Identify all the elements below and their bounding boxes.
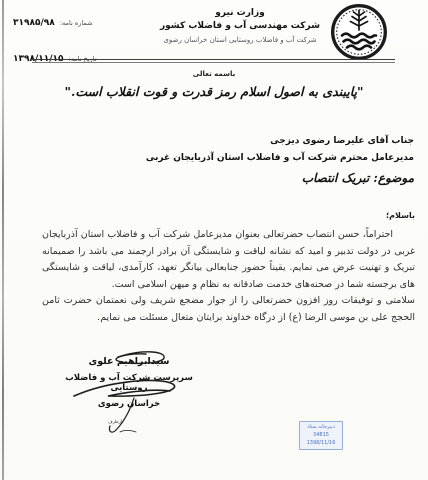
recipient-title: مدیرعامل محترم شرکت آب و فاضلاب استان آذ… <box>40 153 414 163</box>
letter-body: احتراماً، حسن انتصاب حضرتعالی بعنوان مدی… <box>42 227 415 326</box>
ministry-name: وزارت نیرو <box>150 8 330 18</box>
scanned-letter-page: شماره نامه: ۳۱۹۸۵/۹۸ تاریخ نامه: ۱۳۹۸/۱۱… <box>0 0 428 480</box>
body-paragraph-2: سلامتی و توفیقات روز افزون حضرتعالی را ا… <box>42 293 415 326</box>
secretariat-stamp: دبیرخانه ستاد 34815 1398/11/16 <box>299 421 343 450</box>
wheat-and-waves-emblem-icon <box>330 3 388 61</box>
organization-header: وزارت نیرو شرکت مهندسی آب و فاضلاب کشور … <box>150 8 330 44</box>
stamp-office: دبیرخانه ستاد <box>301 424 341 432</box>
handwritten-note: ازطرف <box>108 420 122 425</box>
provincial-company-name: شرکت آب و فاضلاب روستایی استان خراسان رض… <box>150 36 330 44</box>
organization-logo <box>330 3 388 61</box>
subject-line: موضوع: تبریک انتصاب <box>40 171 414 185</box>
body-paragraph-1: احتراماً، حسن انتصاب حضرتعالی بعنوان مدی… <box>42 227 415 293</box>
stamp-number: 34815 <box>301 432 341 440</box>
recipient-name: جناب آقای علیرضا رضوی دیزجی <box>40 136 414 146</box>
recipient-block: جناب آقای علیرضا رضوی دیزجی مدیرعامل محت… <box>40 136 414 185</box>
stamp-date: 1398/11/16 <box>301 440 341 448</box>
salutation: باسلام؛ <box>386 211 415 220</box>
letter-number-row: شماره نامه: ۳۱۹۸۵/۹۸ <box>13 10 137 29</box>
handwritten-signature-icon <box>58 348 202 444</box>
letter-number-value: ۳۱۹۸۵/۹۸ <box>13 18 55 28</box>
signature-block: سیدابراهیم علوی سرپرست شرکت آب و فاضلاب … <box>62 356 196 409</box>
calligraphic-slogan: "پایبندی به اصول اسلام رمز قدرت و قوت ان… <box>0 84 428 99</box>
national-company-name: شرکت مهندسی آب و فاضلاب کشور <box>150 21 330 31</box>
letter-number-label: شماره نامه: <box>60 19 93 27</box>
besmeleh-text: باسمه تعالی <box>0 70 428 78</box>
header-divider <box>32 59 395 63</box>
